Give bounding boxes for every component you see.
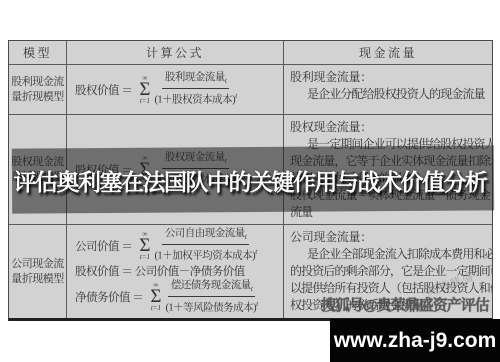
sigma-icon: ∞ Σ t=1	[139, 231, 150, 261]
formula-fraction: 偿还债务现金流量t (1＋等风险债务成本)t	[165, 280, 257, 315]
formula-cell: 股权价值 ＝ ∞ Σ t=1 股利现金流量t (1＋股权资本成本)t	[67, 65, 284, 114]
site-url: www.zha-j9.com	[334, 329, 497, 353]
cashflow-title: 股利现金流量：	[290, 69, 490, 86]
model-name-cell: 股利现金流 量折现模型	[9, 65, 67, 114]
header-cashflow: 现金流量	[284, 41, 492, 64]
net-debt-value-formula: 净债务价值 ＝ ∞ Σ t=1 偿还债务现金流量t (1＋等风险债务成本)t	[75, 280, 283, 315]
equity-from-company-formula: 股权价值 ＝ 公司价值－净债务价值	[75, 263, 283, 279]
cashflow-title: 公司现金流量：	[290, 229, 490, 246]
sigma-icon: ∞ Σ t=1	[150, 282, 161, 312]
header-formula: 计算公式	[67, 41, 284, 64]
sigma-icon: ∞ Σ t=1	[139, 75, 150, 105]
formula-lhs: 净债务价值 ＝	[75, 289, 143, 305]
headline-text: 评估奥利塞在法国队中的关键作用与战术价值分析	[0, 164, 500, 197]
model-name-cell: 公司现金流 量折现模型	[9, 225, 67, 318]
formula-fraction: 公司自由现金流量t (1＋加权平均资本成本)t	[154, 228, 256, 263]
sohu-watermark: 搜狐号@贵荣鼎盛资产评估	[321, 294, 489, 315]
formula-lhs: 公司价值 ＝	[75, 238, 132, 254]
table-header-row: 模型 计算公式 现金流量	[9, 41, 492, 65]
model-name-line: 量折现模型	[11, 272, 64, 287]
cashflow-title: 股权现金流量：	[290, 119, 490, 136]
formula-lhs: 股权价值 ＝	[75, 82, 132, 98]
model-name-line: 量折现模型	[11, 90, 64, 105]
table-row-dividend-model: 股利现金流 量折现模型 股权价值 ＝ ∞ Σ t=1 股利现金流量t (1＋股权…	[9, 65, 492, 115]
model-name-line: 公司现金流	[11, 257, 64, 272]
header-model: 模型	[9, 41, 67, 64]
company-value-formula: 公司价值 ＝ ∞ Σ t=1 公司自由现金流量t (1＋加权平均资本成本)t	[75, 228, 283, 263]
formula-fraction: 股利现金流量t (1＋股权资本成本)t	[154, 72, 236, 107]
scanned-page: 模型 计算公式 现金流量 股利现金流 量折现模型 股权价值 ＝ ∞ Σ t=1	[0, 0, 500, 362]
cashflow-line: 是企业全部现金流入扣除成本费用和必要	[290, 246, 490, 263]
cashflow-cell: 股利现金流量： 是企业分配给股权投资人的现金流量	[284, 65, 492, 114]
dividend-value-formula: 股权价值 ＝ ∞ Σ t=1 股利现金流量t (1＋股权资本成本)t	[75, 72, 237, 107]
model-name-line: 股利现金流	[11, 75, 64, 90]
cashflow-line: 是企业分配给股权投资人的现金流量	[290, 86, 490, 103]
formula-cell: 公司价值 ＝ ∞ Σ t=1 公司自由现金流量t (1＋加权平均资本成本)t 股…	[67, 225, 284, 318]
site-url-box: www.zha-j9.com	[330, 319, 500, 362]
